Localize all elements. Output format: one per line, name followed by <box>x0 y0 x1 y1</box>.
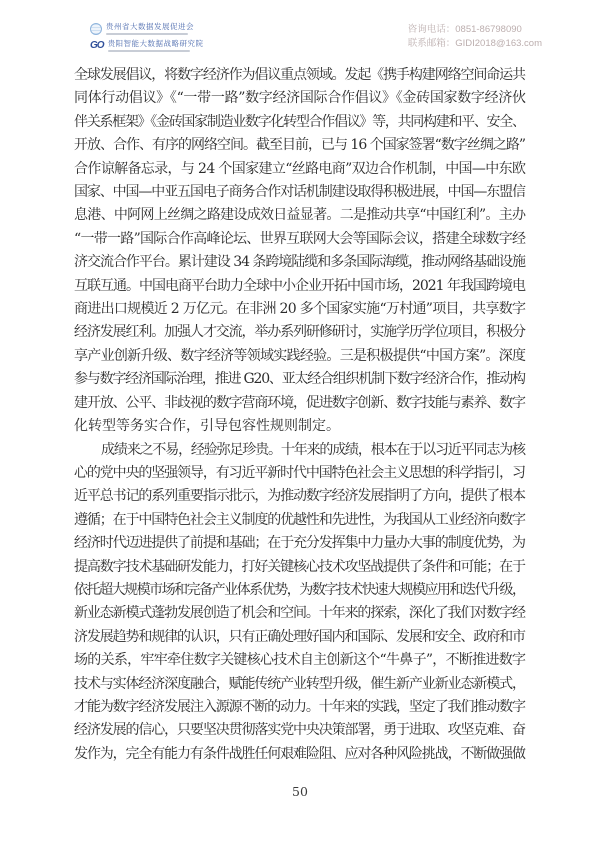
text-line: 提高数字技术基础研发能力，打好关键核心技术攻坚战提供了条件和可能；在于 <box>74 556 526 579</box>
text-line: 全球发展倡议，将数字经济作为倡议重点领域。发起《携手构建网络空间命运共 <box>74 64 526 87</box>
text-line: 遵循；在于中国特色社会主义制度的优越性和先进性，为我国从工业经济向数字 <box>74 509 526 532</box>
page-header: 贵州省大数据发展促进会 GO 贵阳智能大数据战略研究院 咨询电话：0851-86… <box>90 23 542 52</box>
association-logo-name: 贵州省大数据发展促进会 <box>106 23 194 31</box>
text-line: 发作为，完全有能力有条件战胜任何艰难险阻、应对各种风险挑战，不断做强做 <box>74 743 526 766</box>
text-line-paragraph-end: 化转型等务实合作，引导包容性规则制定。 <box>74 415 526 438</box>
text-line: 参与数字经济国际治理，推进 G20、亚太经合组织机制下数字经济合作，推动构 <box>74 368 526 391</box>
body-text: 全球发展倡议，将数字经济作为倡议重点领域。发起《携手构建网络空间命运共 同体行动… <box>74 64 526 766</box>
globe-emblem-icon <box>90 23 102 35</box>
text-line: 同体行动倡议》《“一带一路”数字经济国际合作倡议》《金砖国家数字经济伙 <box>74 87 526 110</box>
text-line: 新业态新模式蓬勃发展创造了机会和空间。十年来的探索，深化了我们对数字经 <box>74 602 526 625</box>
document-page: 贵州省大数据发展促进会 GO 贵阳智能大数据战略研究院 咨询电话：0851-86… <box>0 0 600 848</box>
text-line: 互联互通。中国电商平台助力全球中小企业开拓中国市场，2021 年我国跨境电 <box>74 275 526 298</box>
go-monogram-icon: GO <box>90 40 104 52</box>
contact-email: 联系邮箱：GIDI2018@163.com <box>408 37 542 51</box>
institute-logo: GO 贵阳智能大数据战略研究院 <box>90 40 204 52</box>
contact-info: 咨询电话：0851-86798090 联系邮箱：GIDI2018@163.com <box>408 23 542 51</box>
association-logo-subtitle <box>106 33 188 36</box>
institute-logo-name: 贵阳智能大数据战略研究院 <box>108 40 204 48</box>
page-number: 50 <box>0 784 600 799</box>
text-line: 近平总书记的系列重要指示批示，为推动数字经济发展指明了方向，提供了根本 <box>74 485 526 508</box>
text-line: 济发展趋势和规律的认识，只有正确处理好国内和国际、发展和安全、政府和市 <box>74 626 526 649</box>
text-line: 国家、中国—中亚五国电子商务合作对话机制建设取得积极进展，中国—东盟信 <box>74 181 526 204</box>
text-line: 依托超大规模市场和完备产业体系优势，为数字技术快速大规模应用和迭代升级， <box>74 579 526 602</box>
text-line: 经济发展的信心，只要坚决贯彻落实党中央决策部署，勇于进取、攻坚克难、奋 <box>74 719 526 742</box>
text-line: “一带一路”国际合作高峰论坛、世界互联网大会等国际会议，搭建全球数字经 <box>74 228 526 251</box>
association-logo: 贵州省大数据发展促进会 <box>90 23 204 35</box>
text-line: 合作谅解备忘录，与 24 个国家建立“丝路电商”双边合作机制，中国—中东欧 <box>74 158 526 181</box>
text-line: 才能为数字经济发展注入源源不断的动力。十年来的实践，坚定了我们推动数字 <box>74 696 526 719</box>
text-line: 技术与实体经济深度融合，赋能传统产业转型升级，催生新产业新业态新模式， <box>74 673 526 696</box>
text-line: 伴关系框架》《金砖国家制造业数字化转型合作倡议》等，共同构建和平、安全、 <box>74 111 526 134</box>
text-line: 经济发展红利。加强人才交流，举办系列研修研讨，实施学历学位项目，积极分 <box>74 321 526 344</box>
text-line: 开放、合作、有序的网络空间。截至目前，已与 16 个国家签署“数字丝绸之路” <box>74 134 526 157</box>
text-line: 享产业创新升级、数字经济等领域实践经验。三是积极提供“中国方案”。深度 <box>74 345 526 368</box>
institute-logo-subtitle <box>108 50 190 53</box>
contact-phone: 咨询电话：0851-86798090 <box>408 23 542 37</box>
text-line-paragraph-start: 成绩来之不易，经验弥足珍贵。十年来的成绩，根本在于以习近平同志为核 <box>74 439 526 462</box>
text-line: 商进出口规模近 2 万亿元。在非洲 20 多个国家实施“万村通”项目，共享数字 <box>74 298 526 321</box>
text-line: 心的党中央的坚强领导，有习近平新时代中国特色社会主义思想的科学指引，习 <box>74 462 526 485</box>
text-line: 经济时代迈进提供了前提和基础；在于充分发挥集中力量办大事的制度优势，为 <box>74 532 526 555</box>
logo-group: 贵州省大数据发展促进会 GO 贵阳智能大数据战略研究院 <box>90 23 204 52</box>
text-line: 息港、中阿网上丝绸之路建设成效日益显著。二是推动共享“中国红利”。主办 <box>74 204 526 227</box>
text-line: 济交流合作平台。累计建设 34 条跨境陆缆和多条国际海缆，推动网络基础设施 <box>74 251 526 274</box>
text-line: 建开放、公平、非歧视的数字营商环境，促进数字创新、数字技能与素养、数字 <box>74 392 526 415</box>
text-line: 场的关系，牢牢牵住数字关键核心技术自主创新这个“牛鼻子”，不断推进数字 <box>74 649 526 672</box>
